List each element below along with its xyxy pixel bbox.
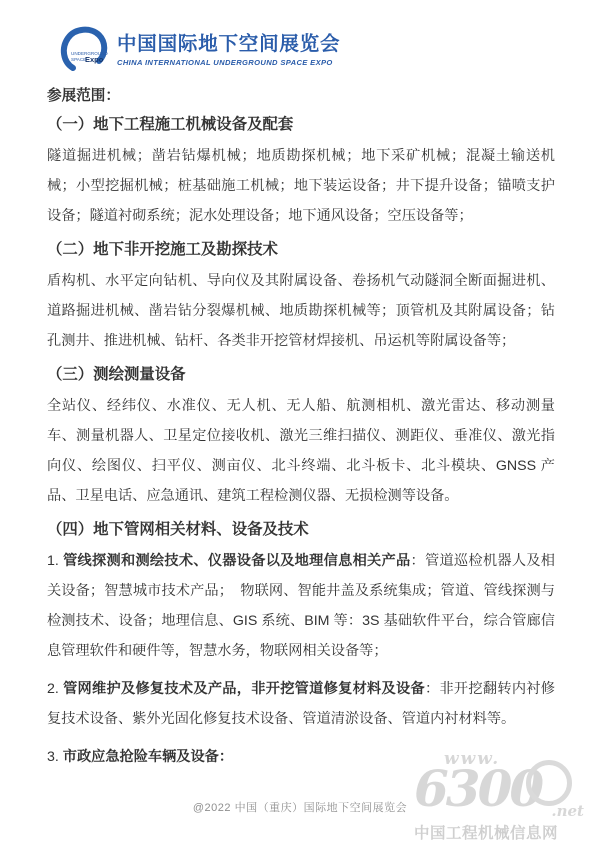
item-number: 2. bbox=[47, 681, 63, 697]
section-3-paragraph: 全站仪、经纬仪、水准仪、无人机、无人船、航测相机、激光雷达、移动测量车、测量机器… bbox=[47, 391, 555, 511]
item-lead-bold: 市政应急抢险车辆及设备： bbox=[63, 749, 233, 765]
item-lead-bold: 管线探测和测绘技术、仪器设备以及地理信息相关产品 bbox=[63, 553, 410, 569]
item-lead-bold: 管网维护及修复技术及产品，非开挖管道修复材料及设备 bbox=[63, 681, 425, 697]
section-3-heading: （三）测绘测量设备 bbox=[47, 364, 555, 385]
watermark-site-name: 中国工程机械信息网 bbox=[414, 821, 586, 843]
section-4-item-2: 2. 管网维护及修复技术及产品，非开挖管道修复材料及设备：非开挖翻转内衬修复技术… bbox=[47, 674, 555, 734]
expo-brand-text: 中国国际地下空间展览会 CHINA INTERNATIONAL UNDERGRO… bbox=[117, 32, 340, 67]
logo-text-expo: Expo bbox=[85, 55, 104, 64]
expo-brand-header: UNDERGROUND SPACE Expo 中国国际地下空间展览会 CHINA… bbox=[58, 24, 340, 74]
section-4-item-1: 1. 管线探测和测绘技术、仪器设备以及地理信息相关产品：管道巡检机器人及相关设备… bbox=[47, 546, 555, 666]
section-4-heading: （四）地下管网相关材料、设备及技术 bbox=[47, 519, 555, 540]
section-1-paragraph: 隧道掘进机械；凿岩钻爆机械；地质勘探机械；地下采矿机械；混凝土输送机械；小型挖掘… bbox=[47, 141, 555, 231]
section-2-paragraph: 盾构机、水平定向钻机、导向仪及其附属设备、卷扬机气动隧洞全断面掘进机、道路掘进机… bbox=[47, 266, 555, 356]
expo-title: 中国国际地下空间展览会 bbox=[117, 32, 340, 56]
expo-subtitle: CHINA INTERNATIONAL UNDERGROUND SPACE EX… bbox=[117, 58, 340, 67]
section-1-heading: （一）地下工程施工机械设备及配套 bbox=[47, 114, 555, 135]
scope-intro-label: 参展范围： bbox=[47, 86, 555, 106]
section-2-heading: （二）地下非开挖施工及勘探技术 bbox=[47, 239, 555, 260]
document-page: UNDERGROUND SPACE Expo 中国国际地下空间展览会 CHINA… bbox=[0, 0, 600, 848]
section-4-item-3: 3. 市政应急抢险车辆及设备： bbox=[47, 742, 555, 772]
expo-logo-icon: UNDERGROUND SPACE Expo bbox=[58, 24, 108, 74]
footer-copyright: @2022 中国（重庆）国际地下空间展览会 bbox=[0, 799, 600, 815]
document-content: 参展范围： （一）地下工程施工机械设备及配套 隧道掘进机械；凿岩钻爆机械；地质勘… bbox=[47, 86, 555, 780]
logo-text-space: SPACE bbox=[71, 57, 86, 62]
item-number: 1. bbox=[47, 553, 63, 569]
item-number: 3. bbox=[47, 749, 63, 765]
